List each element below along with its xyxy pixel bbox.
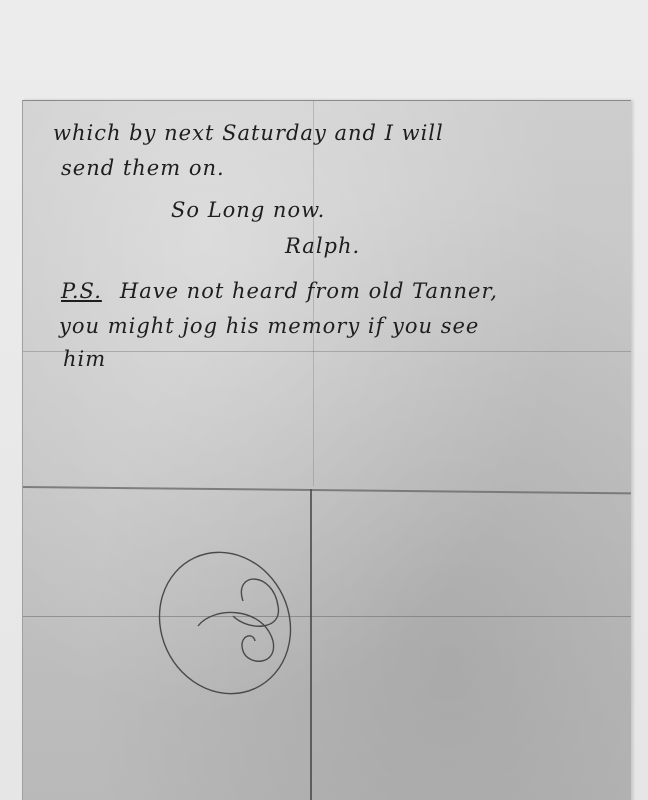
paper-fold-horizontal: [23, 486, 631, 494]
letter-signature: Ralph.: [285, 234, 360, 258]
paper-crease: [23, 351, 631, 352]
letter-page: which by next Saturday and I will send t…: [22, 100, 631, 800]
paper-crease: [23, 616, 631, 617]
postscript-line-2: you might jog his memory if you see: [59, 314, 479, 338]
letter-line-1: which by next Saturday and I will: [53, 121, 444, 145]
postscript-line-1: P.S.Have not heard from old Tanner,: [61, 279, 498, 303]
postscript-line-3: him: [63, 347, 106, 371]
postscript-text: Have not heard from old Tanner,: [120, 279, 498, 303]
pencil-loop-doodle-icon: [153, 541, 313, 701]
postscript-label: P.S.: [61, 279, 102, 303]
letter-closing: So Long now.: [171, 198, 325, 222]
letter-line-2: send them on.: [61, 156, 225, 180]
